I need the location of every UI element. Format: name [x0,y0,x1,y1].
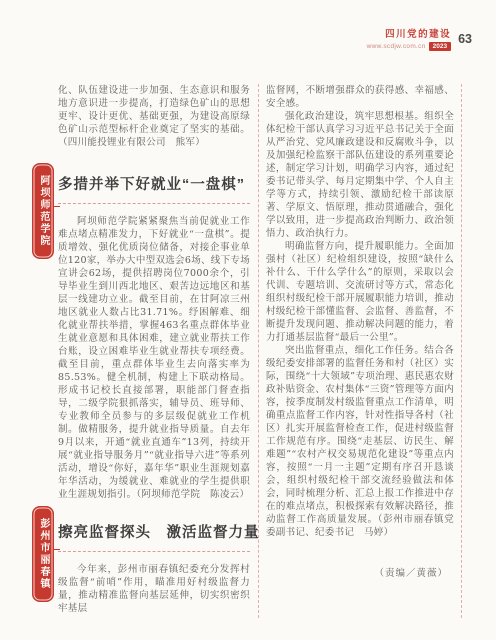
magazine-page: 四川党的建设 www.scdjw.com.cn 2023 63 阿坝师范学院 彭… [0,0,496,640]
left-column: 化、队伍建设进一步加强、生态意识和服务地方意识进一步提高，打造绿色矿山的思想更牢… [58,84,250,615]
editor-credit: （责编／黄薇） [266,565,454,579]
section-ribbon-lichun-town: 彭州市丽春镇 [32,506,54,602]
article2-continuation: 监督网，不断增强群众的获得感、幸福感、安全感。 [266,84,454,110]
magazine-title: 四川党的建设 [367,26,451,40]
article1-body: 阿坝师范学院紧紧聚焦当前促就业工作难点堵点精准发力，下好就业“一盘棋”。提质增效… [58,215,250,501]
year-badge: 2023 [429,42,451,51]
article1-headline: 多措并举下好就业“一盘棋” [58,173,250,204]
page-header: 四川党的建设 www.scdjw.com.cn 2023 63 [367,26,472,51]
article2-paragraph-political: 强化政治建设，筑牢思想根基。组织全体纪检干部认真学习习近平总书记关于全面从严治党… [266,110,454,240]
right-margin-rule [461,84,462,618]
section-ribbon-aba-college: 阿坝师范学院 [32,163,54,259]
article2-intro: 今年来，彭州市丽春镇纪委充分发挥村级监督“前哨”作用，瞄准用好村级监督力量，推动… [58,563,250,615]
right-column: 监督网，不断增强群众的获得感、幸福感、安全感。 强化政治建设，筑牢思想根基。组织… [266,84,454,579]
masthead: 四川党的建设 www.scdjw.com.cn 2023 [367,26,451,51]
masthead-subline: www.scdjw.com.cn 2023 [367,42,451,51]
page-number: 63 [458,32,472,46]
article2-headline: 擦亮监督探头 激活监督力量 [58,521,250,552]
article2-paragraph-direction: 明确监督方向，提升履职能力。全面加强村（社区）纪检组织建设，按照“缺什么补什么、… [266,240,454,344]
magazine-website: www.scdjw.com.cn [367,43,426,50]
article-continuation-text: 化、队伍建设进一步加强、生态意识和服务地方意识进一步提高，打造绿色矿山的思想更牢… [58,84,250,149]
article2-paragraph-focus: 突出监督重点，细化工作任务。结合各级纪委安排部署的监督任务和村（社区）实际，围绕… [266,344,454,539]
